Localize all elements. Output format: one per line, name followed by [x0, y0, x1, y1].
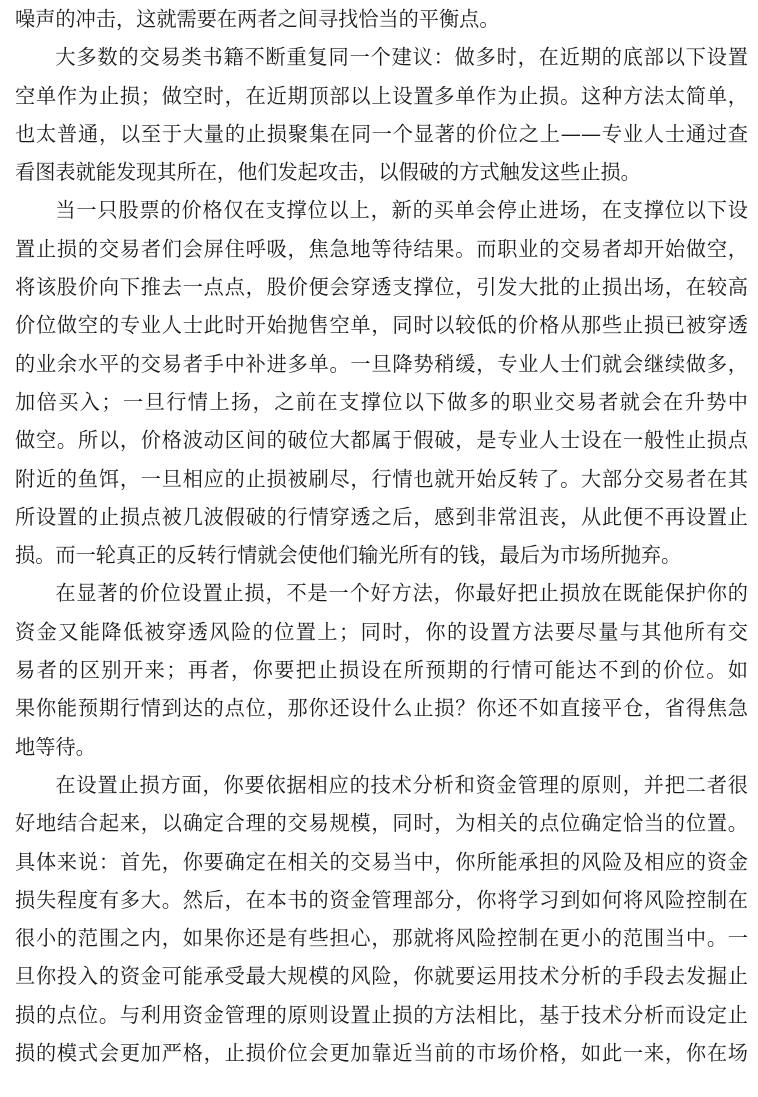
- text-line: 损。而一轮真正的反转行情就会使他们输光所有的钱，最后为市场所抛弃。: [15, 536, 748, 574]
- text-line: 所设置的止损点被几波假破的行情穿透之后，感到非常沮丧，从此便不再设置止: [15, 498, 748, 536]
- text-line: 当一只股票的价格仅在支撑位以上，新的买单会停止进场，在支撑位以下设: [15, 191, 748, 229]
- text-line: 损的点位。与利用资金管理的原则设置止损的方法相比，基于技术分析而设定止: [15, 996, 748, 1034]
- text-line: 空单作为止损；做空时，在近期顶部以上设置多单作为止损。这种方法太简单，: [15, 77, 748, 115]
- text-line: 旦你投入的资金可能承受最大规模的风险，你就要运用技术分析的手段去发掘止: [15, 957, 748, 995]
- paragraph-common-stop-advice: 大多数的交易类书籍不断重复同一个建议：做多时，在近期的底部以下设置 空单作为止损…: [15, 38, 748, 191]
- text-line: 在显著的价位设置止损，不是一个好方法，你最好把止损放在既能保护你的: [15, 574, 748, 612]
- text-line: 加倍买入；一旦行情上扬，之前在支撑位以下做多的职业交易者就会在升势中: [15, 383, 748, 421]
- text-line: 果你能预期行情到达的点位，那你还设什么止损？你还不如直接平仓，省得焦急: [15, 689, 748, 727]
- paragraph-continuation: 噪声的冲击，这就需要在两者之间寻找恰当的平衡点。: [15, 0, 748, 38]
- paragraph-placement-advice: 在显著的价位设置止损，不是一个好方法，你最好把止损放在既能保护你的 资金又能降低…: [15, 574, 748, 765]
- text-line: 置止损的交易者们会屏住呼吸，焦急地等待结果。而职业的交易者却开始做空，: [15, 230, 748, 268]
- text-line: 好地结合起来，以确定合理的交易规模，同时，为相关的点位确定恰当的位置。: [15, 804, 748, 842]
- text-line: 将该股价向下推去一点点，股价便会穿透支撑位，引发大批的止损出场，在较高: [15, 268, 748, 306]
- text-line: 在设置止损方面，你要依据相应的技术分析和资金管理的原则，并把二者很: [15, 766, 748, 804]
- paragraph-support-break: 当一只股票的价格仅在支撑位以上，新的买单会停止进场，在支撑位以下设 置止损的交易…: [15, 191, 748, 574]
- text-line: 地等待。: [15, 728, 748, 766]
- text-line: 也太普通，以至于大量的止损聚集在同一个显著的价位之上——专业人士通过查: [15, 115, 748, 153]
- text-line: 损的模式会更加严格，止损价位会更加靠近当前的市场价格，如此一来，你在场: [15, 1034, 748, 1072]
- text-line: 易者的区别开来；再者，你要把止损设在所预期的行情可能达不到的价位。如: [15, 651, 748, 689]
- text-line: 具体来说：首先，你要确定在相关的交易当中，你所能承担的风险及相应的资金: [15, 843, 748, 881]
- text-line: 做空。所以，价格波动区间的破位大都属于假破，是专业人士设在一般性止损点: [15, 421, 748, 459]
- paragraph-technical-money-management: 在设置止损方面，你要依据相应的技术分析和资金管理的原则，并把二者很 好地结合起来…: [15, 766, 748, 1072]
- text-line: 的业余水平的交易者手中补进多单。一旦降势稍缓，专业人士们就会继续做多，: [15, 345, 748, 383]
- document-page: 噪声的冲击，这就需要在两者之间寻找恰当的平衡点。 大多数的交易类书籍不断重复同一…: [15, 0, 748, 1072]
- text-line: 价位做空的专业人士此时开始抛售空单，同时以较低的价格从那些止损已被穿透: [15, 306, 748, 344]
- text-line: 大多数的交易类书籍不断重复同一个建议：做多时，在近期的底部以下设置: [15, 38, 748, 76]
- text-line: 噪声的冲击，这就需要在两者之间寻找恰当的平衡点。: [15, 0, 748, 38]
- text-line: 很小的范围之内，如果你还是有些担心，那就将风险控制在更小的范围当中。一: [15, 919, 748, 957]
- text-line: 看图表就能发现其所在，他们发起攻击，以假破的方式触发这些止损。: [15, 153, 748, 191]
- text-line: 附近的鱼饵，一旦相应的止损被刷尽，行情也就开始反转了。大部分交易者在其: [15, 460, 748, 498]
- text-line: 损失程度有多大。然后，在本书的资金管理部分，你将学习到如何将风险控制在: [15, 881, 748, 919]
- text-line: 资金又能降低被穿透风险的位置上；同时，你的设置方法要尽量与其他所有交: [15, 613, 748, 651]
